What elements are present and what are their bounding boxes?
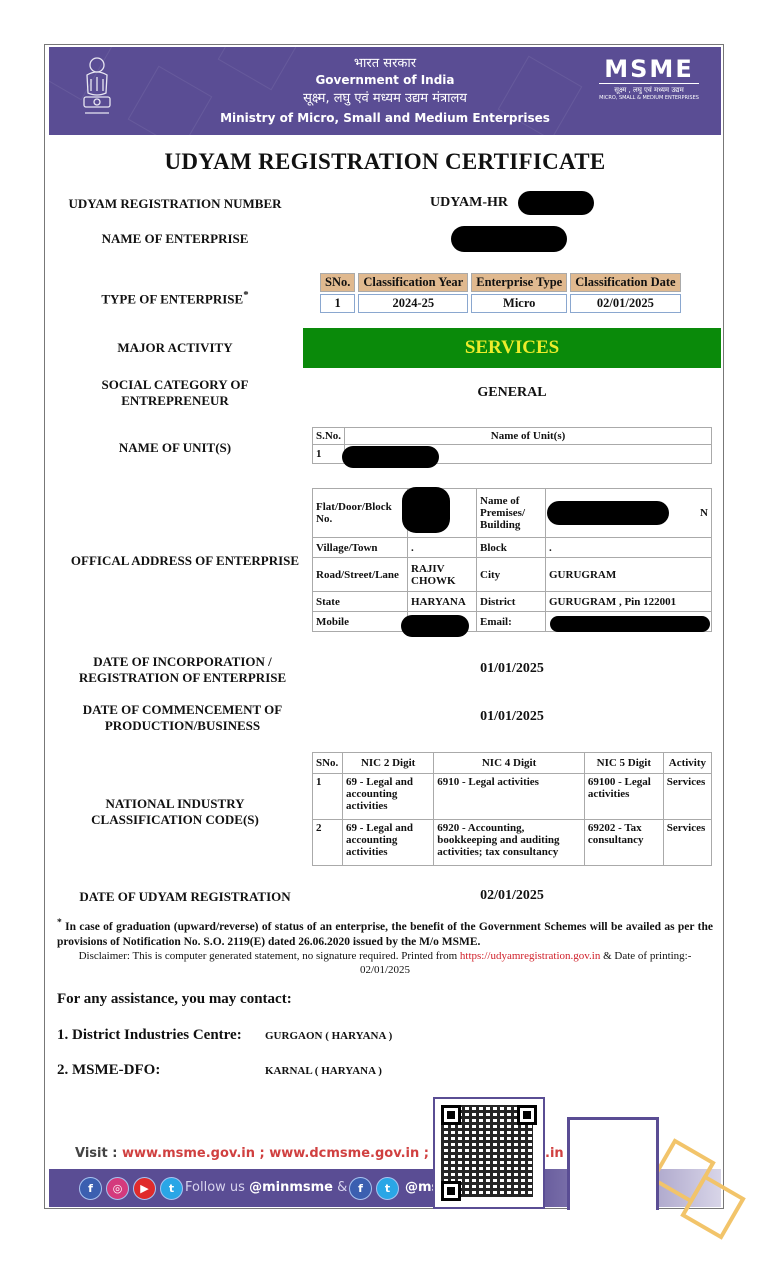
redaction-mark (402, 487, 450, 533)
disclaimer-prefix: Disclaimer: This is computer generated s… (79, 950, 460, 962)
units-header-name: Name of Unit(s) (345, 428, 712, 445)
classification-table: SNo.Classification YearEnterprise TypeCl… (317, 271, 684, 315)
nic-header: Activity (663, 753, 711, 774)
qr-code[interactable] (433, 1097, 545, 1209)
nic-cell: 69 - Legal and accounting activities (343, 774, 434, 820)
facebook-icon[interactable]: f (349, 1177, 372, 1200)
incorporation-label: DATE OF INCORPORATION / REGISTRATION OF … (55, 654, 310, 686)
address-label: OFFICAL ADDRESS OF ENTERPRISE (55, 553, 315, 569)
major-activity-value: SERVICES (303, 328, 721, 368)
youtube-icon[interactable]: ▶ (133, 1177, 156, 1200)
certificate-frame: भारत सरकार Government of India सूक्ष्म, … (44, 44, 724, 1209)
twitter-icon[interactable]: t (376, 1177, 399, 1200)
nic-header: NIC 4 Digit (434, 753, 585, 774)
msme-logo-text: MSME (599, 57, 699, 81)
city-label: City (477, 558, 546, 592)
nic-header: NIC 5 Digit (584, 753, 663, 774)
incorporation-value: 01/01/2025 (303, 661, 721, 677)
nic-cell: Services (663, 774, 711, 820)
follow-handle[interactable]: @minmsme (249, 1180, 333, 1195)
redaction-mark (550, 616, 710, 632)
nic-row: 169 - Legal and accounting activities691… (313, 774, 712, 820)
classification-header: SNo. (320, 273, 355, 292)
nic-cell: 2 (313, 820, 343, 866)
msme-logo: MSME सूक्ष्म , लघु एवं मध्यम उद्यम MICRO… (599, 57, 699, 102)
dfo-value: KARNAL ( HARYANA ) (265, 1065, 382, 1077)
classification-cell: Micro (471, 294, 567, 313)
udyam-date-value: 02/01/2025 (303, 888, 721, 904)
classification-header: Classification Date (570, 273, 680, 292)
assistance-heading: For any assistance, you may contact: (57, 991, 292, 1008)
district-label: District (477, 592, 546, 612)
road-label: Road/Street/Lane (313, 558, 408, 592)
header-english-ministry: Ministry of Micro, Small and Medium Ente… (49, 109, 721, 127)
nic-header: NIC 2 Digit (343, 753, 434, 774)
state-label: State (313, 592, 408, 612)
visit-label: Visit : (75, 1146, 122, 1161)
road-value: RAJIV CHOWK (408, 558, 477, 592)
units-label: NAME OF UNIT(S) (55, 440, 295, 456)
graduation-note: * In case of graduation (upward/reverse)… (57, 915, 713, 950)
email-label: Email: (477, 612, 546, 632)
redaction-mark (518, 191, 594, 215)
visit-links[interactable]: www.msme.gov.in ; www.dcmsme.gov.in ; ww… (122, 1146, 470, 1161)
village-label: Village/Town (313, 538, 408, 558)
instagram-icon[interactable]: ◎ (106, 1177, 129, 1200)
state-value: HARYANA (408, 592, 477, 612)
udyam-portal-link[interactable]: https://udyamregistration.gov.in (460, 950, 600, 962)
follow-prefix: Follow us (185, 1180, 249, 1195)
asterisk: * (243, 289, 248, 301)
district-value: GURUGRAM , Pin 122001 (546, 592, 712, 612)
nic-cell: 1 (313, 774, 343, 820)
twitter-icon[interactable]: t (160, 1177, 183, 1200)
classification-cell: 02/01/2025 (570, 294, 680, 313)
nic-cell: 69100 - Legal activities (584, 774, 663, 820)
premises-label: Name of Premises/ Building (477, 489, 546, 538)
units-cell-sno: 1 (313, 445, 345, 464)
classification-cell: 1 (320, 294, 355, 313)
enterprise-type-label: TYPE OF ENTERPRISE* (55, 287, 295, 307)
visit-links-tail[interactable]: .in (545, 1146, 564, 1161)
dic-value: GURGAON ( HARYANA ) (265, 1030, 392, 1042)
social-category-value: GENERAL (303, 385, 721, 401)
nic-cell: Services (663, 820, 711, 866)
nic-cell: 69202 - Tax consultancy (584, 820, 663, 866)
redaction-mark (547, 501, 669, 525)
commencement-label: DATE OF COMMENCEMENT OF PRODUCTION/BUSIN… (55, 702, 310, 734)
qr-finder (441, 1181, 461, 1201)
mobile-label: Mobile (313, 612, 408, 632)
classification-header: Classification Year (358, 273, 468, 292)
udyam-date-label: DATE OF UDYAM REGISTRATION (55, 889, 315, 905)
flat-label: Flat/Door/Block No. (313, 489, 408, 538)
classification-cell: 2024-25 (358, 294, 468, 313)
msme-logo-hindi: सूक्ष्म , लघु एवं मध्यम उद्यम (599, 83, 699, 95)
major-activity-label: MAJOR ACTIVITY (55, 340, 295, 356)
footer-visit: Visit : www.msme.gov.in ; www.dcmsme.gov… (75, 1146, 470, 1161)
page-title: UDYAM REGISTRATION CERTIFICATE (45, 149, 725, 175)
commencement-value: 01/01/2025 (303, 709, 721, 725)
facebook-icon[interactable]: f (79, 1177, 102, 1200)
nic-header: SNo. (313, 753, 343, 774)
dfo-label: 2. MSME-DFO: (57, 1062, 160, 1079)
qr-finder (517, 1105, 537, 1125)
nic-table: SNo.NIC 2 DigitNIC 4 DigitNIC 5 DigitAct… (312, 752, 712, 866)
block-label: Block (477, 538, 546, 558)
enterprise-type-label-text: TYPE OF ENTERPRISE (101, 291, 243, 306)
follow-text: Follow us @minmsme & (185, 1180, 347, 1195)
block-value: . (546, 538, 712, 558)
registration-number-label: UDYAM REGISTRATION NUMBER (55, 196, 295, 212)
qr-finder (441, 1105, 461, 1125)
social-category-label: SOCIAL CATEGORY OF ENTREPRENEUR (85, 377, 265, 409)
registration-number-value: UDYAM-HR (430, 195, 508, 211)
enterprise-name-label: NAME OF ENTERPRISE (55, 231, 295, 247)
follow-amp: & (333, 1180, 347, 1195)
units-header-sno: S.No. (313, 428, 345, 445)
redaction-mark (342, 446, 439, 468)
nic-cell: 69 - Legal and accounting activities (343, 820, 434, 866)
nic-row: 269 - Legal and accounting activities692… (313, 820, 712, 866)
msme-logo-english: MICRO, SMALL & MEDIUM ENTERPRISES (599, 95, 699, 102)
classification-row: 12024-25Micro02/01/2025 (320, 294, 681, 313)
classification-header: Enterprise Type (471, 273, 567, 292)
photo-frame (567, 1117, 659, 1210)
nic-cell: 6910 - Legal activities (434, 774, 585, 820)
dic-label: 1. District Industries Centre: (57, 1027, 242, 1044)
header-banner: भारत सरकार Government of India सूक्ष्म, … (49, 47, 721, 135)
disclaimer: Disclaimer: This is computer generated s… (57, 949, 713, 977)
redaction-mark (401, 615, 469, 637)
village-value: . (408, 538, 477, 558)
nic-cell: 6920 - Accounting, bookkeeping and audit… (434, 820, 585, 866)
graduation-note-text: In case of graduation (upward/reverse) o… (57, 921, 713, 948)
redaction-mark (451, 226, 567, 252)
nic-label: NATIONAL INDUSTRY CLASSIFICATION CODE(S) (75, 796, 275, 828)
city-value: GURUGRAM (546, 558, 712, 592)
